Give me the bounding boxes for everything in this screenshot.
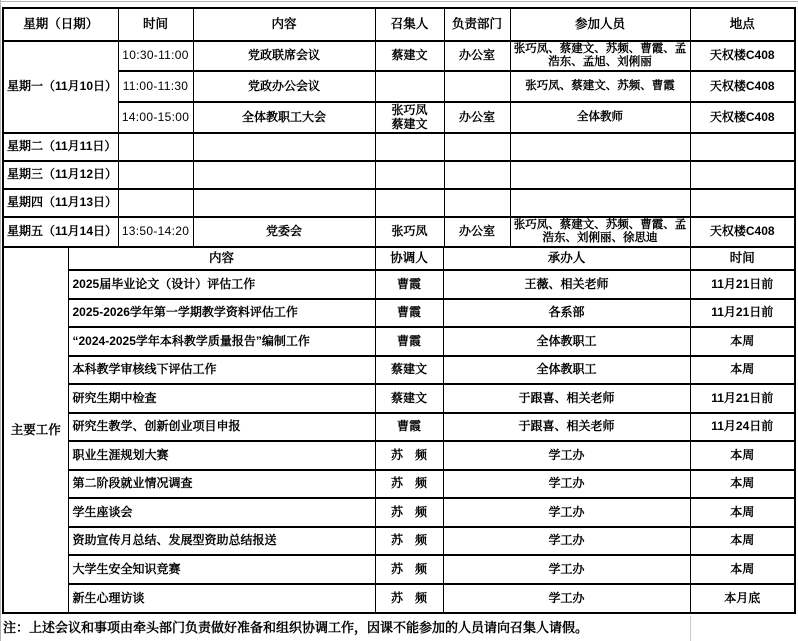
cell-task-content: 本科教学审核线下评估工作 [68, 356, 375, 384]
day-label-tuesday: 星期二（11月11日） [3, 133, 118, 161]
cell-empty [193, 189, 375, 217]
task-row: 研究生教学、创新创业项目申报 曹霞 于跟喜、相关老师 11月24日前 [3, 413, 795, 441]
cell-empty [510, 133, 690, 161]
cell-empty [690, 161, 795, 189]
cell-coordinator: 曹霞 [375, 413, 443, 441]
cell-task-content: 研究生期中检查 [68, 384, 375, 413]
cell-task-time: 本周 [690, 527, 795, 555]
cell-time: 10:30-11:00 [118, 41, 193, 71]
cell-empty [444, 189, 510, 217]
cell-task-time: 本周 [690, 441, 795, 470]
header-department: 负责部门 [444, 8, 510, 41]
cell-coordinator: 苏 频 [375, 584, 443, 613]
cell-time: 14:00-15:00 [118, 102, 193, 133]
cell-organizer: 学工办 [443, 527, 690, 555]
cell-coordinator: 曹霞 [375, 327, 443, 356]
cell-empty [444, 133, 510, 161]
meeting-row: 11:00-11:30 党政办公会议 张巧凤、蔡建文、苏频、曹霞 天权楼C408 [3, 71, 795, 102]
task-row: 2025-2026学年第一学期教学资料评估工作 曹霞 各系部 11月21日前 [3, 299, 795, 327]
day-row-tuesday: 星期二（11月11日） [3, 133, 795, 161]
cell-organizer: 王薇、相关老师 [443, 270, 690, 299]
cell-location: 天权楼C408 [690, 217, 795, 247]
cell-organizer: 学工办 [443, 555, 690, 584]
cell-task-content: “2024-2025学年本科教学质量报告”编制工作 [68, 327, 375, 356]
meeting-row: 星期五（11月14日） 13:50-14:20 党委会 张巧凤 办公室 张巧凤、… [3, 217, 795, 247]
header-convener: 召集人 [375, 8, 444, 41]
cell-task-time: 本月底 [690, 584, 795, 613]
cell-coordinator: 苏 频 [375, 555, 443, 584]
tables-container: 星期（日期） 时间 内容 召集人 负责部门 参加人员 地点 星期一（11月10日… [2, 7, 795, 614]
cell-coordinator: 蔡建文 [375, 356, 443, 384]
cell-participants: 张巧凤、蔡建文、苏频、曹霞、孟浩东、孟旭、刘俐丽 [510, 41, 690, 71]
header-work-content: 内容 [68, 247, 375, 270]
cell-organizer: 学工办 [443, 584, 690, 613]
cell-coordinator: 苏 频 [375, 527, 443, 555]
cell-task-content: 新生心理访谈 [68, 584, 375, 613]
work-table: 主要工作 内容 协调人 承办人 时间 2025届毕业论文（设计）评估工作 曹霞 … [2, 246, 796, 614]
cell-empty [690, 133, 795, 161]
cell-task-time: 11月24日前 [690, 413, 795, 441]
header-participants: 参加人员 [510, 8, 690, 41]
cell-task-time: 本周 [690, 555, 795, 584]
task-row: 第二阶段就业情况调查 苏 频 学工办 本周 [3, 470, 795, 498]
header-content: 内容 [193, 8, 375, 41]
cell-time: 13:50-14:20 [118, 217, 193, 247]
cell-task-content: 职业生涯规划大赛 [68, 441, 375, 470]
cell-task-content: 大学生安全知识竞赛 [68, 555, 375, 584]
day-label-wednesday: 星期三（11月12日） [3, 161, 118, 189]
cell-task-content: 研究生教学、创新创业项目申报 [68, 413, 375, 441]
pane-top-gridline [0, 1, 798, 2]
header-coordinator: 协调人 [375, 247, 443, 270]
cell-empty [118, 189, 193, 217]
cell-content: 全体教职工大会 [193, 102, 375, 133]
day-label-monday: 星期一（11月10日） [3, 41, 118, 133]
meetings-header-row: 星期（日期） 时间 内容 召集人 负责部门 参加人员 地点 [3, 8, 795, 41]
cell-content: 党委会 [193, 217, 375, 247]
cell-organizer: 于跟喜、相关老师 [443, 384, 690, 413]
cell-task-time: 11月21日前 [690, 270, 795, 299]
header-time: 时间 [118, 8, 193, 41]
cell-empty [510, 189, 690, 217]
cell-time: 11:00-11:30 [118, 71, 193, 102]
meetings-table: 星期（日期） 时间 内容 召集人 负责部门 参加人员 地点 星期一（11月10日… [2, 7, 796, 248]
cell-empty [510, 161, 690, 189]
cell-task-time: 本周 [690, 356, 795, 384]
task-row: 新生心理访谈 苏 频 学工办 本月底 [3, 584, 795, 613]
cell-convener [375, 71, 444, 102]
cell-task-time: 本周 [690, 327, 795, 356]
header-location: 地点 [690, 8, 795, 41]
task-row: 本科教学审核线下评估工作 蔡建文 全体教职工 本周 [3, 356, 795, 384]
cell-content: 党政办公会议 [193, 71, 375, 102]
cell-department: 办公室 [444, 102, 510, 133]
cell-organizer: 各系部 [443, 299, 690, 327]
cell-organizer: 全体教职工 [443, 356, 690, 384]
cell-coordinator: 苏 频 [375, 470, 443, 498]
cell-empty [444, 161, 510, 189]
cell-department [444, 71, 510, 102]
cell-empty [375, 189, 444, 217]
cell-task-content: 2025届毕业论文（设计）评估工作 [68, 270, 375, 299]
cell-task-time: 11月21日前 [690, 299, 795, 327]
header-day: 星期（日期） [3, 8, 118, 41]
cell-convener: 蔡建文 [375, 41, 444, 71]
header-organizer: 承办人 [443, 247, 690, 270]
cell-empty [375, 161, 444, 189]
meeting-row: 星期一（11月10日） 10:30-11:00 党政联席会议 蔡建文 办公室 张… [3, 41, 795, 71]
cell-organizer: 学工办 [443, 470, 690, 498]
cell-empty [375, 133, 444, 161]
cell-coordinator: 苏 频 [375, 441, 443, 470]
task-row: 研究生期中检查 蔡建文 于跟喜、相关老师 11月21日前 [3, 384, 795, 413]
cell-task-content: 第二阶段就业情况调查 [68, 470, 375, 498]
cell-participants: 张巧凤、蔡建文、苏频、曹霞 [510, 71, 690, 102]
cell-empty [690, 189, 795, 217]
header-work-time: 时间 [690, 247, 795, 270]
cell-empty [193, 133, 375, 161]
cell-convener: 张巧凤 蔡建文 [375, 102, 444, 133]
cell-empty [118, 161, 193, 189]
meeting-row: 14:00-15:00 全体教职工大会 张巧凤 蔡建文 办公室 全体教师 天权楼… [3, 102, 795, 133]
task-row: 大学生安全知识竞赛 苏 频 学工办 本周 [3, 555, 795, 584]
day-label-friday: 星期五（11月14日） [3, 217, 118, 247]
cell-coordinator: 曹霞 [375, 299, 443, 327]
cell-coordinator: 曹霞 [375, 270, 443, 299]
schedule-sheet: 星期（日期） 时间 内容 召集人 负责部门 参加人员 地点 星期一（11月10日… [0, 0, 798, 641]
cell-location: 天权楼C408 [690, 71, 795, 102]
cell-task-content: 学生座谈会 [68, 498, 375, 527]
cell-organizer: 全体教职工 [443, 327, 690, 356]
cell-organizer: 于跟喜、相关老师 [443, 413, 690, 441]
day-row-wednesday: 星期三（11月12日） [3, 161, 795, 189]
cell-task-content: 2025-2026学年第一学期教学资料评估工作 [68, 299, 375, 327]
day-row-thursday: 星期四（11月13日） [3, 189, 795, 217]
cell-content: 党政联席会议 [193, 41, 375, 71]
cell-department: 办公室 [444, 217, 510, 247]
footer-note: 注：上述会议和事项由牵头部门负责做好准备和组织协调工作，因课不能参加的人员请向召… [3, 620, 783, 636]
cell-location: 天权楼C408 [690, 41, 795, 71]
cell-location: 天权楼C408 [690, 102, 795, 133]
task-row: 资助宣传月总结、发展型资助总结报送 苏 频 学工办 本周 [3, 527, 795, 555]
cell-coordinator: 蔡建文 [375, 384, 443, 413]
pane-left-gridline [0, 0, 1, 641]
cell-task-time: 本周 [690, 498, 795, 527]
cell-empty [118, 133, 193, 161]
cell-empty [193, 161, 375, 189]
cell-task-time: 本周 [690, 470, 795, 498]
cell-coordinator: 苏 频 [375, 498, 443, 527]
cell-participants: 全体教师 [510, 102, 690, 133]
task-row: 职业生涯规划大赛 苏 频 学工办 本周 [3, 441, 795, 470]
cell-organizer: 学工办 [443, 441, 690, 470]
section-label-main-work: 主要工作 [3, 247, 68, 613]
cell-convener: 张巧凤 [375, 217, 444, 247]
cell-task-content: 资助宣传月总结、发展型资助总结报送 [68, 527, 375, 555]
work-header-row: 主要工作 内容 协调人 承办人 时间 [3, 247, 795, 270]
task-row: “2024-2025学年本科教学质量报告”编制工作 曹霞 全体教职工 本周 [3, 327, 795, 356]
cell-participants: 张巧凤、蔡建文、苏频、曹霞、孟浩东、刘俐丽、徐思迪 [510, 217, 690, 247]
task-row: 2025届毕业论文（设计）评估工作 曹霞 王薇、相关老师 11月21日前 [3, 270, 795, 299]
task-row: 学生座谈会 苏 频 学工办 本周 [3, 498, 795, 527]
cell-department: 办公室 [444, 41, 510, 71]
day-label-thursday: 星期四（11月13日） [3, 189, 118, 217]
cell-task-time: 11月21日前 [690, 384, 795, 413]
cell-organizer: 学工办 [443, 498, 690, 527]
